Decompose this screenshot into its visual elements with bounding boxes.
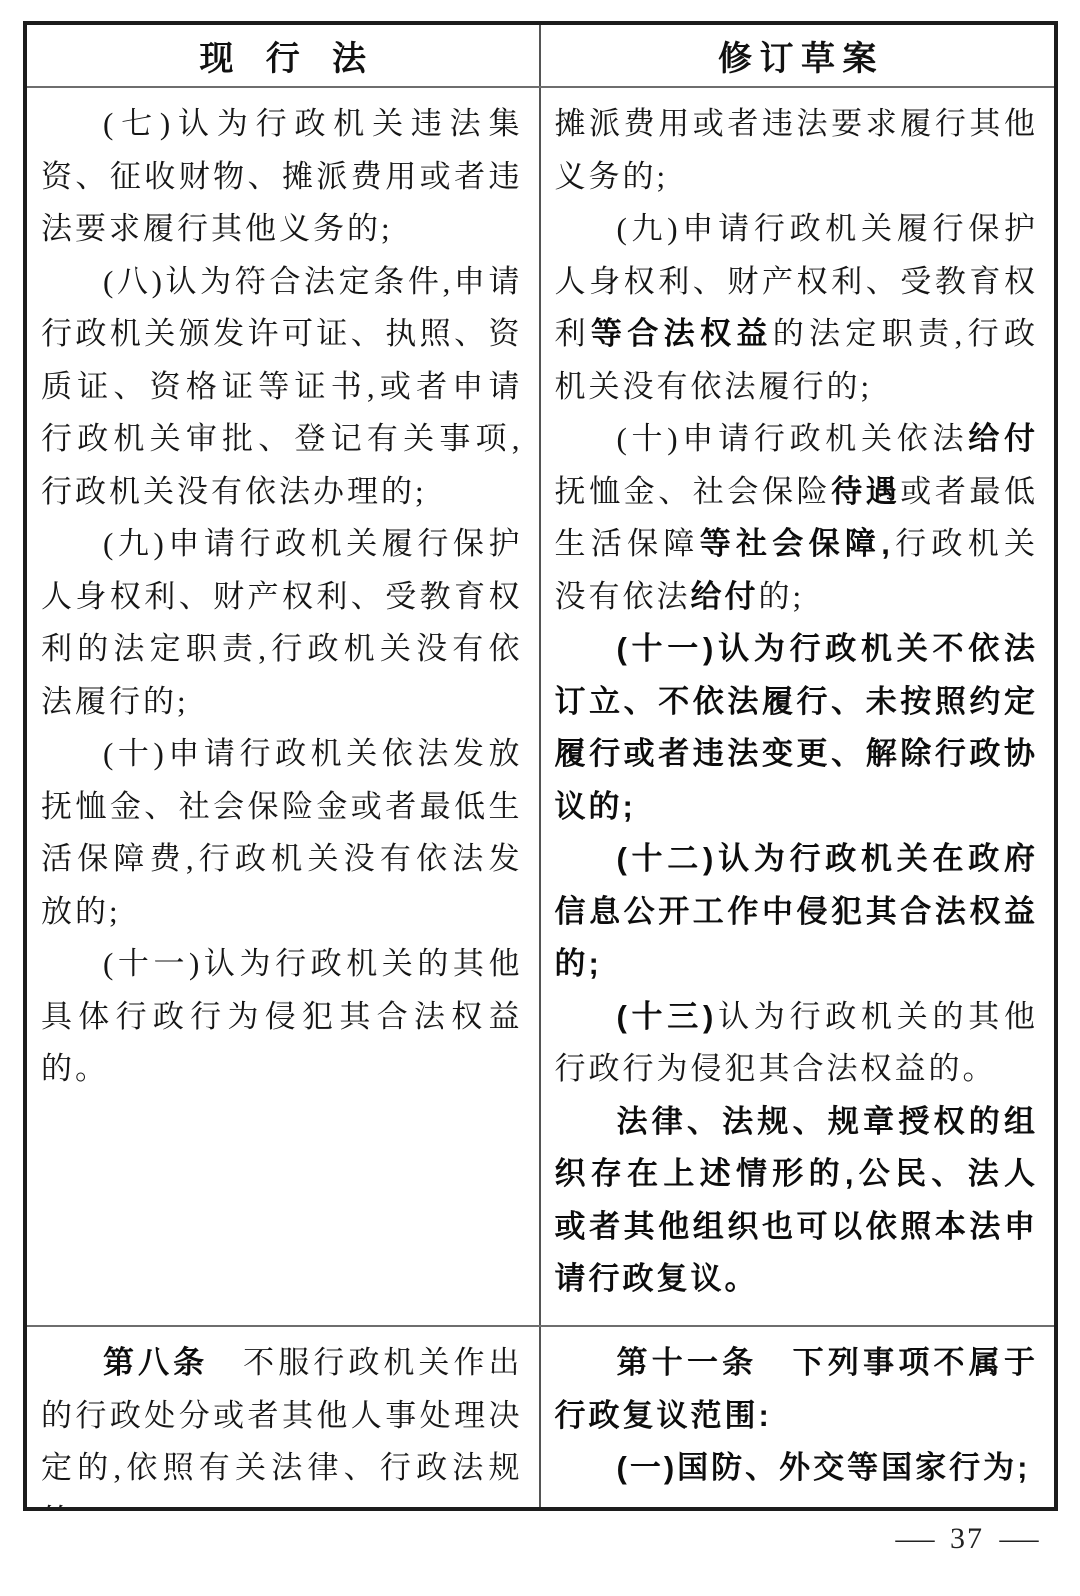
text-run: (八)认为符合法定条件,申请行政机关颁发许可证、执照、资质证、资格证等证书,或者… <box>41 264 523 509</box>
bold-text-run: (十一)认为行政机关不依法订立、不依法履行、未按照约定履行或者违法变更、解除行政… <box>555 631 1039 824</box>
cell-revision-draft-article11: 第十一条 下列事项不属于行政复议范围:(一)国防、外交等国家行为; <box>541 1327 1055 1507</box>
paragraph: (九)申请行政机关履行保护人身权利、财产权利、受教育权利等合法权益的法定职责,行… <box>555 203 1039 413</box>
text-run: (十)申请行政机关依法发放抚恤金、社会保险金或者最低生活保障费,行政机关没有依法… <box>41 736 523 929</box>
bold-text-run: 第十一条 下列事项不属于行政复议范围: <box>555 1345 1039 1433</box>
paragraph: (八)认为符合法定条件,申请行政机关颁发许可证、执照、资质证、资格证等证书,或者… <box>41 256 523 519</box>
law-comparison-table: 现行法 修订草案 (七)认为行政机关违法集资、征收财物、摊派费用或者违法要求履行… <box>23 21 1058 1511</box>
paragraph: (十二)认为行政机关在政府信息公开工作中侵犯其合法权益的; <box>555 833 1039 991</box>
cell-revision-draft-main: 摊派费用或者违法要求履行其他义务的;(九)申请行政机关履行保护人身权利、财产权利… <box>541 88 1055 1325</box>
paragraph: (一)国防、外交等国家行为; <box>555 1442 1039 1495</box>
paragraph: 法律、法规、规章授权的组织存在上述情形的,公民、法人或者其他组织也可以依照本法申… <box>555 1096 1039 1306</box>
header-revision-draft: 修订草案 <box>541 25 1055 86</box>
text-run: 的; <box>759 579 805 614</box>
cell-current-law-article8: 第八条 不服行政机关作出的行政处分或者其他人事处理决定的,依照有关法律、行政法规… <box>27 1327 541 1507</box>
bold-text-run: 等合法权益 <box>591 316 773 351</box>
page-number-value: 37 <box>950 1522 984 1556</box>
paragraph: (十一)认为行政机关的其他具体行政行为侵犯其合法权益的。 <box>41 938 523 1096</box>
page-number-right-dash: — <box>1000 1522 1039 1556</box>
paragraph: 第十一条 下列事项不属于行政复议范围: <box>555 1337 1039 1442</box>
text-run: 摊派费用或者违法要求履行其他义务的; <box>555 106 1039 194</box>
paragraph: 摊派费用或者违法要求履行其他义务的; <box>555 98 1039 203</box>
table-header-row: 现行法 修订草案 <box>27 25 1054 88</box>
bold-text-run: (十三) <box>617 999 717 1034</box>
page-number-left-dash: — <box>896 1522 935 1556</box>
text-run: (七)认为行政机关违法集资、征收财物、摊派费用或者违法要求履行其他义务的; <box>41 106 523 246</box>
paragraph: (九)申请行政机关履行保护人身权利、财产权利、受教育权利的法定职责,行政机关没有… <box>41 518 523 728</box>
bold-text-run: 第八条 <box>103 1345 208 1380</box>
paragraph: (十)申请行政机关依法给付抚恤金、社会保险待遇或者最低生活保障等社会保障,行政机… <box>555 413 1039 623</box>
text-run: (十)申请行政机关依法 <box>617 421 969 456</box>
table-body-row-bottom: 第八条 不服行政机关作出的行政处分或者其他人事处理决定的,依照有关法律、行政法规… <box>27 1327 1054 1507</box>
paragraph: (十一)认为行政机关不依法订立、不依法履行、未按照约定履行或者违法变更、解除行政… <box>555 623 1039 833</box>
paragraph: (十三)认为行政机关的其他行政行为侵犯其合法权益的。 <box>555 991 1039 1096</box>
bold-text-run: 等社会保障, <box>700 526 893 561</box>
bold-text-run: 法律、法规、规章授权的组织存在上述情形的,公民、法人或者其他组织也可以依照本法申… <box>555 1104 1039 1297</box>
paragraph: (十)申请行政机关依法发放抚恤金、社会保险金或者最低生活保障费,行政机关没有依法… <box>41 728 523 938</box>
cell-current-law-main: (七)认为行政机关违法集资、征收财物、摊派费用或者违法要求履行其他义务的;(八)… <box>27 88 541 1325</box>
bold-text-run: (十二)认为行政机关在政府信息公开工作中侵犯其合法权益的; <box>555 841 1039 981</box>
text-run: 抚恤金、社会保险 <box>555 474 832 509</box>
text-run: (九)申请行政机关履行保护人身权利、财产权利、受教育权利的法定职责,行政机关没有… <box>41 526 523 719</box>
table-body-row-main: (七)认为行政机关违法集资、征收财物、摊派费用或者违法要求履行其他义务的;(八)… <box>27 88 1054 1327</box>
paragraph: 第八条 不服行政机关作出的行政处分或者其他人事处理决定的,依照有关法律、行政法规… <box>41 1337 523 1507</box>
bold-text-run: 待遇 <box>831 474 900 509</box>
text-run: (十一)认为行政机关的其他具体行政行为侵犯其合法权益的。 <box>41 946 523 1086</box>
paragraph: (七)认为行政机关违法集资、征收财物、摊派费用或者违法要求履行其他义务的; <box>41 98 523 256</box>
bold-text-run: 给付 <box>691 579 759 614</box>
bold-text-run: 给付 <box>968 421 1038 456</box>
page-number: — 37 — <box>900 1522 1034 1556</box>
bold-text-run: (一)国防、外交等国家行为; <box>617 1450 1031 1485</box>
header-current-law: 现行法 <box>27 25 541 86</box>
